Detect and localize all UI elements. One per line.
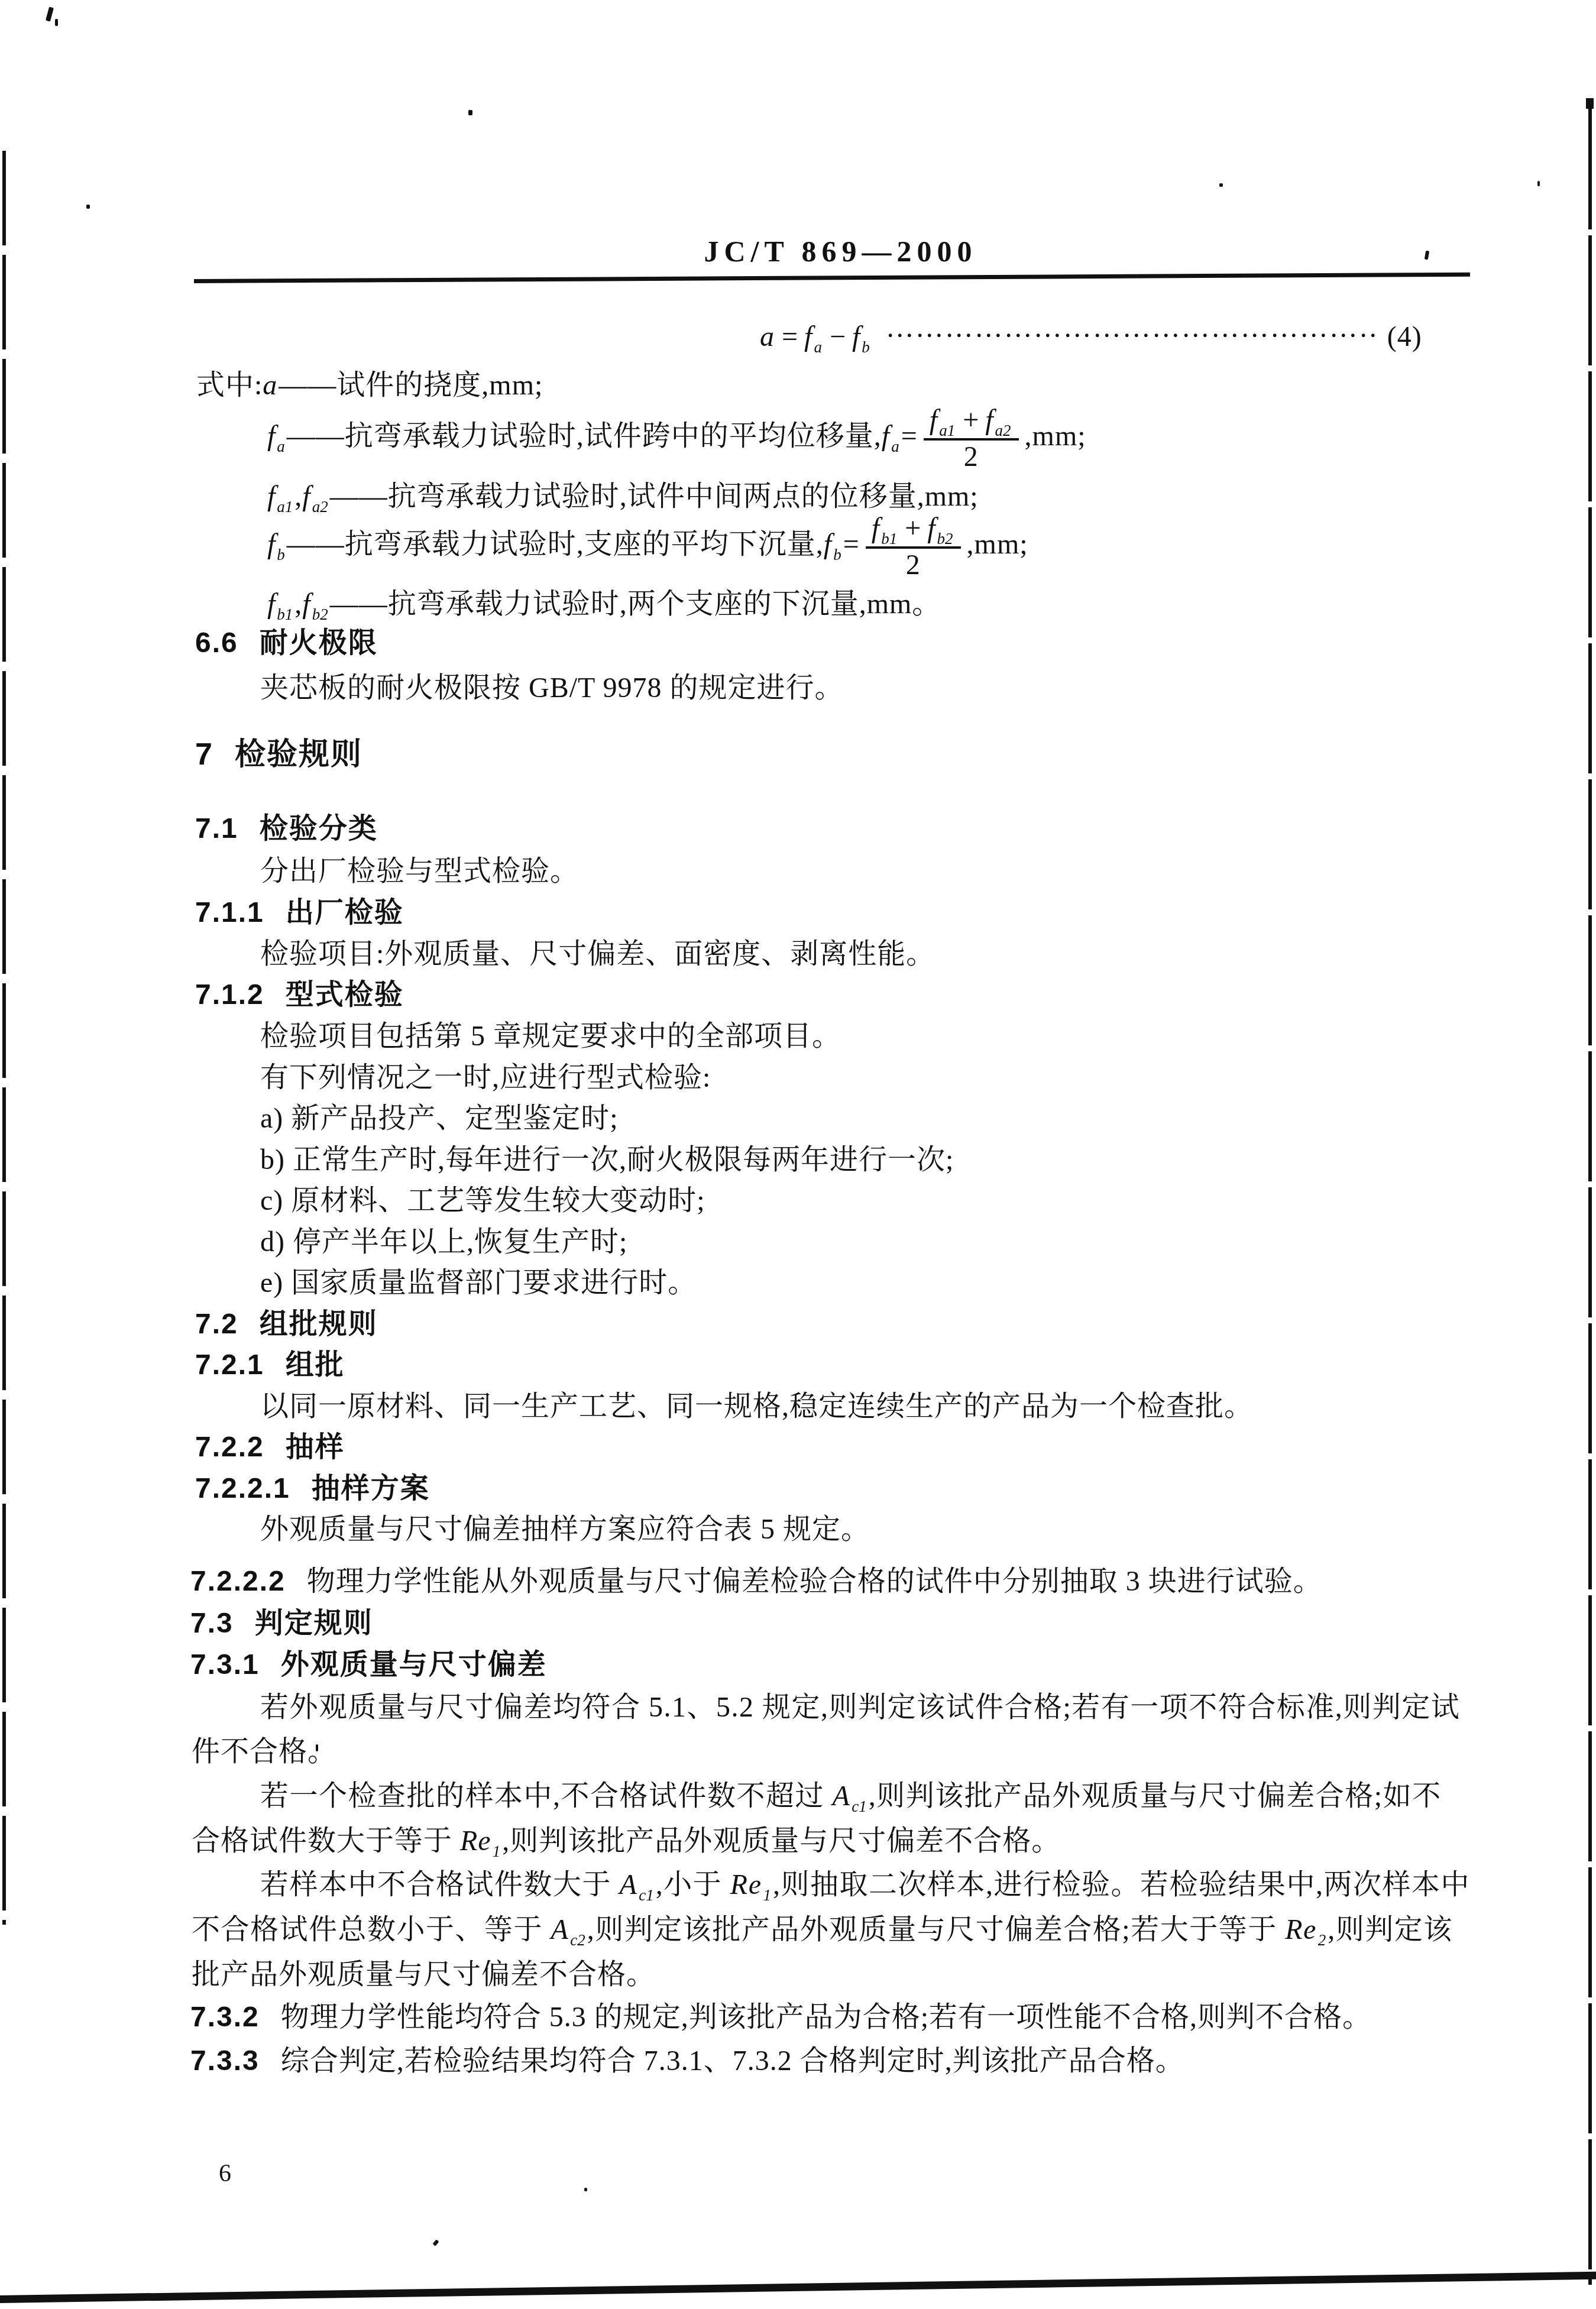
plus-sign: +: [963, 404, 979, 436]
body-text: 物理力学性能均符合 5.3 的规定,判该批产品为合格;若有一项性能不合格,则判不…: [281, 2002, 1371, 2033]
body-7-1-1: 检验项目:外观质量、尺寸偏差、面密度、剥离性能。: [260, 937, 935, 972]
heading-7-2-2-1: 7.2.2.1抽样方案: [195, 1471, 430, 1507]
body-7-2-2-2: 7.2.2.2物理力学性能从外观质量与尺寸偏差检验合格的试件中分别抽取 3 块进…: [190, 1564, 1322, 1599]
body-6-6: 夹芯板的耐火极限按 GB/T 9978 的规定进行。: [260, 671, 843, 706]
minus-sign: −: [830, 321, 846, 352]
subscript-b1: b1: [277, 605, 293, 623]
where-prefix: 式中:: [196, 370, 263, 401]
var-a: a: [263, 370, 279, 401]
section-number: 7: [195, 737, 213, 772]
heading-7-1: 7.1检验分类: [195, 811, 378, 847]
scan-left-edge-line: [2, 151, 6, 1925]
var-f: f: [267, 481, 277, 512]
subscript-a2: a2: [995, 422, 1011, 439]
para-1-line-1: 若外观质量与尺寸偏差均符合 5.1、5.2 规定,则判定该试件合格;若有一项不符…: [260, 1690, 1460, 1725]
section-title: 耐火极限: [260, 627, 378, 659]
heading-6-6: 6.6耐火极限: [195, 626, 378, 661]
formula-4: a=fa−fb……………………………………………………………………(4): [760, 310, 1422, 355]
section-title: 型式检验: [286, 979, 404, 1011]
body-text: 合格试件数大于等于: [192, 1825, 460, 1857]
section-title: 抽样方案: [312, 1473, 430, 1504]
var-f: f: [267, 420, 277, 452]
para-3-line-2: 不合格试件总数小于、等于 Ac2,则判定该批产品外观质量与尺寸偏差合格;若大于等…: [192, 1912, 1453, 1948]
var-f: f: [930, 404, 939, 436]
scan-speck: [584, 2188, 587, 2191]
section-number: 7.2.2.2: [190, 1566, 286, 1597]
subscript-a: a: [891, 438, 899, 455]
heading-7: 7检验规则: [195, 737, 362, 772]
plus-sign: +: [905, 513, 921, 544]
section-number: 7.1: [195, 813, 238, 844]
section-number: 7.2.2.1: [195, 1473, 290, 1504]
body-text: ,小于: [656, 1869, 730, 1900]
var-f: f: [267, 529, 277, 560]
list-item-c: c) 原材料、工艺等发生较大变动时;: [260, 1183, 705, 1219]
section-title: 组批规则: [260, 1309, 378, 1340]
var-A: A: [620, 1869, 639, 1900]
body-7-1: 分出厂检验与型式检验。: [260, 854, 579, 889]
var-Re: Re: [1285, 1914, 1318, 1945]
body-7-1-2-a: 检验项目包括第 5 章规定要求中的全部项目。: [260, 1019, 841, 1054]
section-title: 出厂检验: [286, 897, 404, 928]
scan-right-edge-line: [1588, 99, 1592, 2285]
section-number: 7.1.1: [195, 897, 264, 928]
list-item-b: b) 正常生产时,每年进行一次,耐火极限每两年进行一次;: [260, 1142, 954, 1178]
fraction-denominator: 2: [924, 438, 1019, 472]
subscript-a: a: [277, 438, 285, 455]
scan-speck: [432, 2239, 439, 2246]
subscript-b: b: [833, 546, 841, 564]
var-a: a: [760, 321, 776, 352]
equals-sign: =: [843, 529, 860, 560]
def-text: ——抗弯承载力试验时,支座的平均下沉量,: [287, 529, 824, 560]
body-text: ,则判定该批产品外观质量与尺寸偏差合格;若大于等于: [587, 1914, 1285, 1945]
list-item-a: a) 新产品投产、定型鉴定时;: [260, 1101, 619, 1136]
document-page: JC/T 869—2000 a=fa−fb……………………………………………………: [0, 0, 1596, 2309]
heading-7-2-2: 7.2.2抽样: [195, 1430, 345, 1465]
var-A: A: [551, 1914, 571, 1945]
heading-7-3-1: 7.3.1外观质量与尺寸偏差: [190, 1647, 547, 1683]
body-text: ,则抽取二次样本,进行检验。若检验结果中,两次样本中: [773, 1869, 1470, 1900]
var-f: f: [267, 588, 277, 620]
scan-right-edge-blob: [1586, 98, 1594, 109]
symbol-def-fa: fa——抗弯承载力试验时,试件跨中的平均位移量,fa=fa1+fa22,mm;: [267, 405, 1086, 472]
section-title: 组批: [286, 1349, 345, 1381]
body-text: ,则判该批产品外观质量与尺寸偏差合格;如不: [869, 1780, 1442, 1812]
section-number: 7.2.1: [195, 1349, 264, 1381]
heading-7-2: 7.2组批规则: [195, 1307, 378, 1342]
var-f: f: [804, 321, 814, 352]
fraction-fb: fb1+fb22: [866, 513, 961, 581]
body-7-2-1: 以同一原材料、同一生产工艺、同一规格,稳定连续生产的产品为一个检查批。: [260, 1389, 1253, 1424]
para-1-line-2: 件不合格。: [192, 1734, 336, 1770]
body-7-1-2-b: 有下列情况之一时,应进行型式检验:: [260, 1060, 711, 1096]
subscript-c1: c1: [852, 1798, 866, 1815]
body-text: 物理力学性能从外观质量与尺寸偏差检验合格的试件中分别抽取 3 块进行试验。: [307, 1566, 1322, 1597]
section-number: 6.6: [195, 627, 238, 659]
unit-text: ,mm;: [967, 529, 1028, 560]
subscript-c2: c2: [570, 1931, 585, 1949]
body-7-2-2-1: 外观质量与尺寸偏差抽样方案应符合表 5 规定。: [260, 1512, 870, 1547]
var-f: f: [872, 513, 881, 544]
var-f: f: [852, 321, 862, 352]
subscript-a1: a1: [939, 422, 955, 439]
section-number: 7.3.3: [190, 2045, 260, 2077]
scan-speck: [86, 205, 90, 209]
scan-speck: [1537, 181, 1540, 186]
var-f: f: [302, 481, 312, 512]
subscript-1: 1: [493, 1842, 501, 1860]
section-number: 7.3.1: [190, 1649, 260, 1680]
body-text: 综合判定,若检验结果均符合 7.3.1、7.3.2 合格判定时,判该批产品合格。: [281, 2045, 1184, 2077]
var-Re: Re: [730, 1869, 763, 1900]
unit-text: ,mm;: [1025, 420, 1086, 452]
body-text: ,则判该批产品外观质量与尺寸偏差不合格。: [502, 1825, 1060, 1857]
page-number: 6: [219, 2159, 231, 2188]
def-text: ——抗弯承载力试验时,两个支座的下沉量,mm。: [330, 588, 941, 620]
standard-code: JC/T 869—2000: [43, 234, 1596, 268]
var-f: f: [927, 513, 937, 544]
section-number: 7.2.2: [195, 1432, 264, 1463]
def-text: ——试件的挠度,mm;: [279, 370, 543, 401]
var-Re: Re: [460, 1825, 493, 1857]
symbol-def-a: 式中:a——试件的挠度,mm;: [196, 368, 543, 403]
comma: ,: [294, 588, 302, 620]
scan-speck: [46, 7, 54, 21]
scan-speck: [1219, 183, 1223, 187]
section-title: 外观质量与尺寸偏差: [281, 1649, 547, 1680]
body-text: 不合格试件总数小于、等于: [192, 1914, 551, 1945]
scan-speck: [55, 19, 58, 26]
body-text: 若一个检查批的样本中,不合格试件数不超过: [260, 1780, 833, 1812]
fraction-numerator: fa1+fa2: [924, 405, 1019, 438]
para-3-line-3: 批产品外观质量与尺寸偏差不合格。: [192, 1957, 655, 1993]
var-f: f: [302, 588, 312, 620]
var-A: A: [833, 1780, 852, 1812]
fraction-denominator: 2: [866, 546, 961, 581]
equals-sign: =: [901, 420, 918, 452]
subscript-b: b: [862, 338, 870, 356]
comma: ,: [294, 481, 302, 512]
subscript-b2: b2: [937, 530, 953, 548]
body-text: ,则判定该: [1328, 1914, 1453, 1945]
equals-sign: =: [782, 321, 798, 352]
para-3-line-1: 若样本中不合格试件数大于 Ac1,小于 Re1,则抽取二次样本,进行检验。若检验…: [260, 1867, 1470, 1903]
subscript-b: b: [277, 546, 285, 564]
section-number: 7.2: [195, 1309, 238, 1340]
body-7-3-2: 7.3.2物理力学性能均符合 5.3 的规定,判该批产品为合格;若有一项性能不合…: [190, 2000, 1371, 2035]
subscript-a: a: [814, 338, 822, 356]
fraction-fa: fa1+fa22: [924, 405, 1019, 472]
equation-number: (4): [1387, 321, 1422, 352]
section-number: 7.1.2: [195, 979, 264, 1011]
section-title: 检验规则: [235, 737, 362, 772]
body-text: 若样本中不合格试件数大于: [260, 1869, 620, 1900]
dot-leader: ……………………………………………………………………: [886, 310, 1377, 346]
header-rule: [194, 273, 1470, 283]
body-7-3-3: 7.3.3综合判定,若检验结果均符合 7.3.1、7.3.2 合格判定时,判该批…: [190, 2044, 1184, 2079]
subscript-c1: c1: [639, 1886, 653, 1904]
section-number: 7.3: [190, 1608, 234, 1639]
scan-bottom-edge-line: [0, 2271, 1596, 2303]
subscript-2: 2: [1318, 1931, 1326, 1949]
heading-7-2-1: 7.2.1组批: [195, 1348, 345, 1383]
para-2-line-1: 若一个检查批的样本中,不合格试件数不超过 Ac1,则判该批产品外观质量与尺寸偏差…: [260, 1779, 1442, 1814]
var-f: f: [882, 420, 891, 452]
subscript-b1: b1: [881, 530, 897, 548]
var-f: f: [824, 529, 833, 560]
heading-7-1-1: 7.1.1出厂检验: [195, 895, 404, 931]
list-item-d: d) 停产半年以上,恢复生产时;: [260, 1225, 627, 1260]
scan-speck: [468, 110, 472, 115]
fraction-numerator: fb1+fb2: [866, 513, 961, 546]
var-f: f: [985, 404, 995, 436]
section-title: 抽样: [286, 1432, 345, 1463]
def-text: ——抗弯承载力试验时,试件中间两点的位移量,mm;: [330, 481, 979, 512]
subscript-1: 1: [763, 1886, 771, 1904]
section-title: 检验分类: [260, 813, 378, 844]
para-2-line-2: 合格试件数大于等于 Re1,则判该批产品外观质量与尺寸偏差不合格。: [192, 1824, 1060, 1859]
heading-7-3: 7.3判定规则: [190, 1606, 373, 1641]
list-item-e: e) 国家质量监督部门要求进行时。: [260, 1265, 697, 1301]
symbol-def-fa1-fa2: fa1,fa2——抗弯承载力试验时,试件中间两点的位移量,mm;: [267, 479, 979, 514]
symbol-def-fb: fb——抗弯承载力试验时,支座的平均下沉量,fb=fb1+fb22,mm;: [267, 513, 1028, 581]
subscript-b2: b2: [312, 605, 328, 623]
heading-7-1-2: 7.1.2型式检验: [195, 977, 404, 1013]
def-text: ——抗弯承载力试验时,试件跨中的平均位移量,: [287, 420, 882, 452]
section-number: 7.3.2: [190, 2002, 260, 2033]
symbol-def-fb1-fb2: fb1,fb2——抗弯承载力试验时,两个支座的下沉量,mm。: [267, 587, 941, 622]
section-title: 判定规则: [255, 1608, 373, 1639]
